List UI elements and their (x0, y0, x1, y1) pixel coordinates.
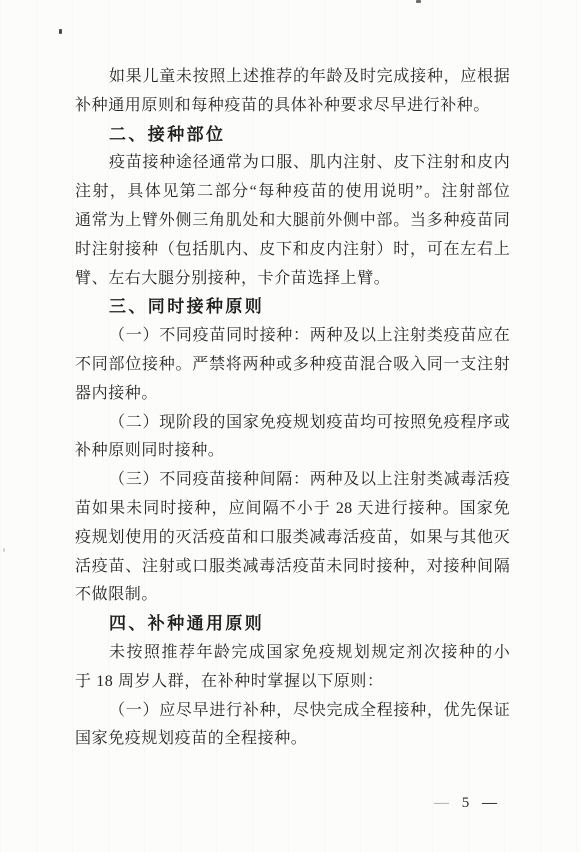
scan-speck (59, 29, 62, 34)
text-line: 疫苗接种途径通常为口服、肌内注射、皮下注射和皮内 (75, 149, 510, 178)
text-line: 疫规划使用的灭活疫苗和口服类减毒活疫苗，如果与其他灭 (75, 524, 510, 553)
section-heading: 四、补种通用原则 (75, 610, 510, 639)
text-line: （一）应尽早进行补种，尽快完成全程接种，优先保证 (75, 697, 510, 726)
text-line: 注射，具体见第二部分“每种疫苗的使用说明”。注射部位 (75, 178, 510, 207)
document-body: 如果儿童未按照上述推荐的年龄及时完成接种，应根据补种通用原则和每种疫苗的具体补种… (75, 63, 510, 754)
text-line: 补种原则同时接种。 (75, 437, 510, 466)
text-line: 不同部位接种。严禁将两种或多种疫苗混合吸入同一支注射 (75, 351, 510, 380)
section-heading: 三、同时接种原则 (75, 293, 510, 322)
page-number-dash-left: — (434, 795, 449, 811)
document-page: 如果儿童未按照上述推荐的年龄及时完成接种，应根据补种通用原则和每种疫苗的具体补种… (0, 0, 581, 852)
scan-speck (3, 548, 5, 552)
scan-speck (416, 0, 421, 3)
text-line: 苗如果未同时接种，应间隔不小于 28 天进行接种。国家免 (75, 495, 510, 524)
page-number: — 5 — (434, 795, 497, 812)
text-line: 国家免疫规划疫苗的全程接种。 (75, 725, 510, 754)
text-line: 通常为上臂外侧三角肌处和大腿前外侧中部。当多种疫苗同 (75, 207, 510, 236)
page-number-dash-right: — (482, 795, 497, 811)
text-line: （三）不同疫苗接种间隔：两种及以上注射类减毒活疫 (75, 466, 510, 495)
text-line: 于 18 周岁人群，在补种时掌握以下原则： (75, 668, 510, 697)
text-line: 不做限制。 (75, 581, 510, 610)
text-line: 活疫苗、注射或口服类减毒活疫苗未同时接种，对接种间隔 (75, 553, 510, 582)
section-heading: 二、接种部位 (75, 121, 510, 150)
text-line: 器内接种。 (75, 380, 510, 409)
text-line: 未按照推荐年龄完成国家免疫规划规定剂次接种的小 (75, 639, 510, 668)
text-line: （二）现阶段的国家免疫规划疫苗均可按照免疫程序或 (75, 409, 510, 438)
page-number-value: 5 (462, 795, 470, 811)
text-line: 补种通用原则和每种疫苗的具体补种要求尽早进行补种。 (75, 92, 510, 121)
text-line: （一）不同疫苗同时接种：两种及以上注射类疫苗应在 (75, 322, 510, 351)
text-line: 时注射接种（包括肌内、皮下和皮内注射）时，可在左右上 (75, 236, 510, 265)
text-line: 如果儿童未按照上述推荐的年龄及时完成接种，应根据 (75, 63, 510, 92)
text-line: 臂、左右大腿分别接种，卡介苗选择上臂。 (75, 265, 510, 294)
